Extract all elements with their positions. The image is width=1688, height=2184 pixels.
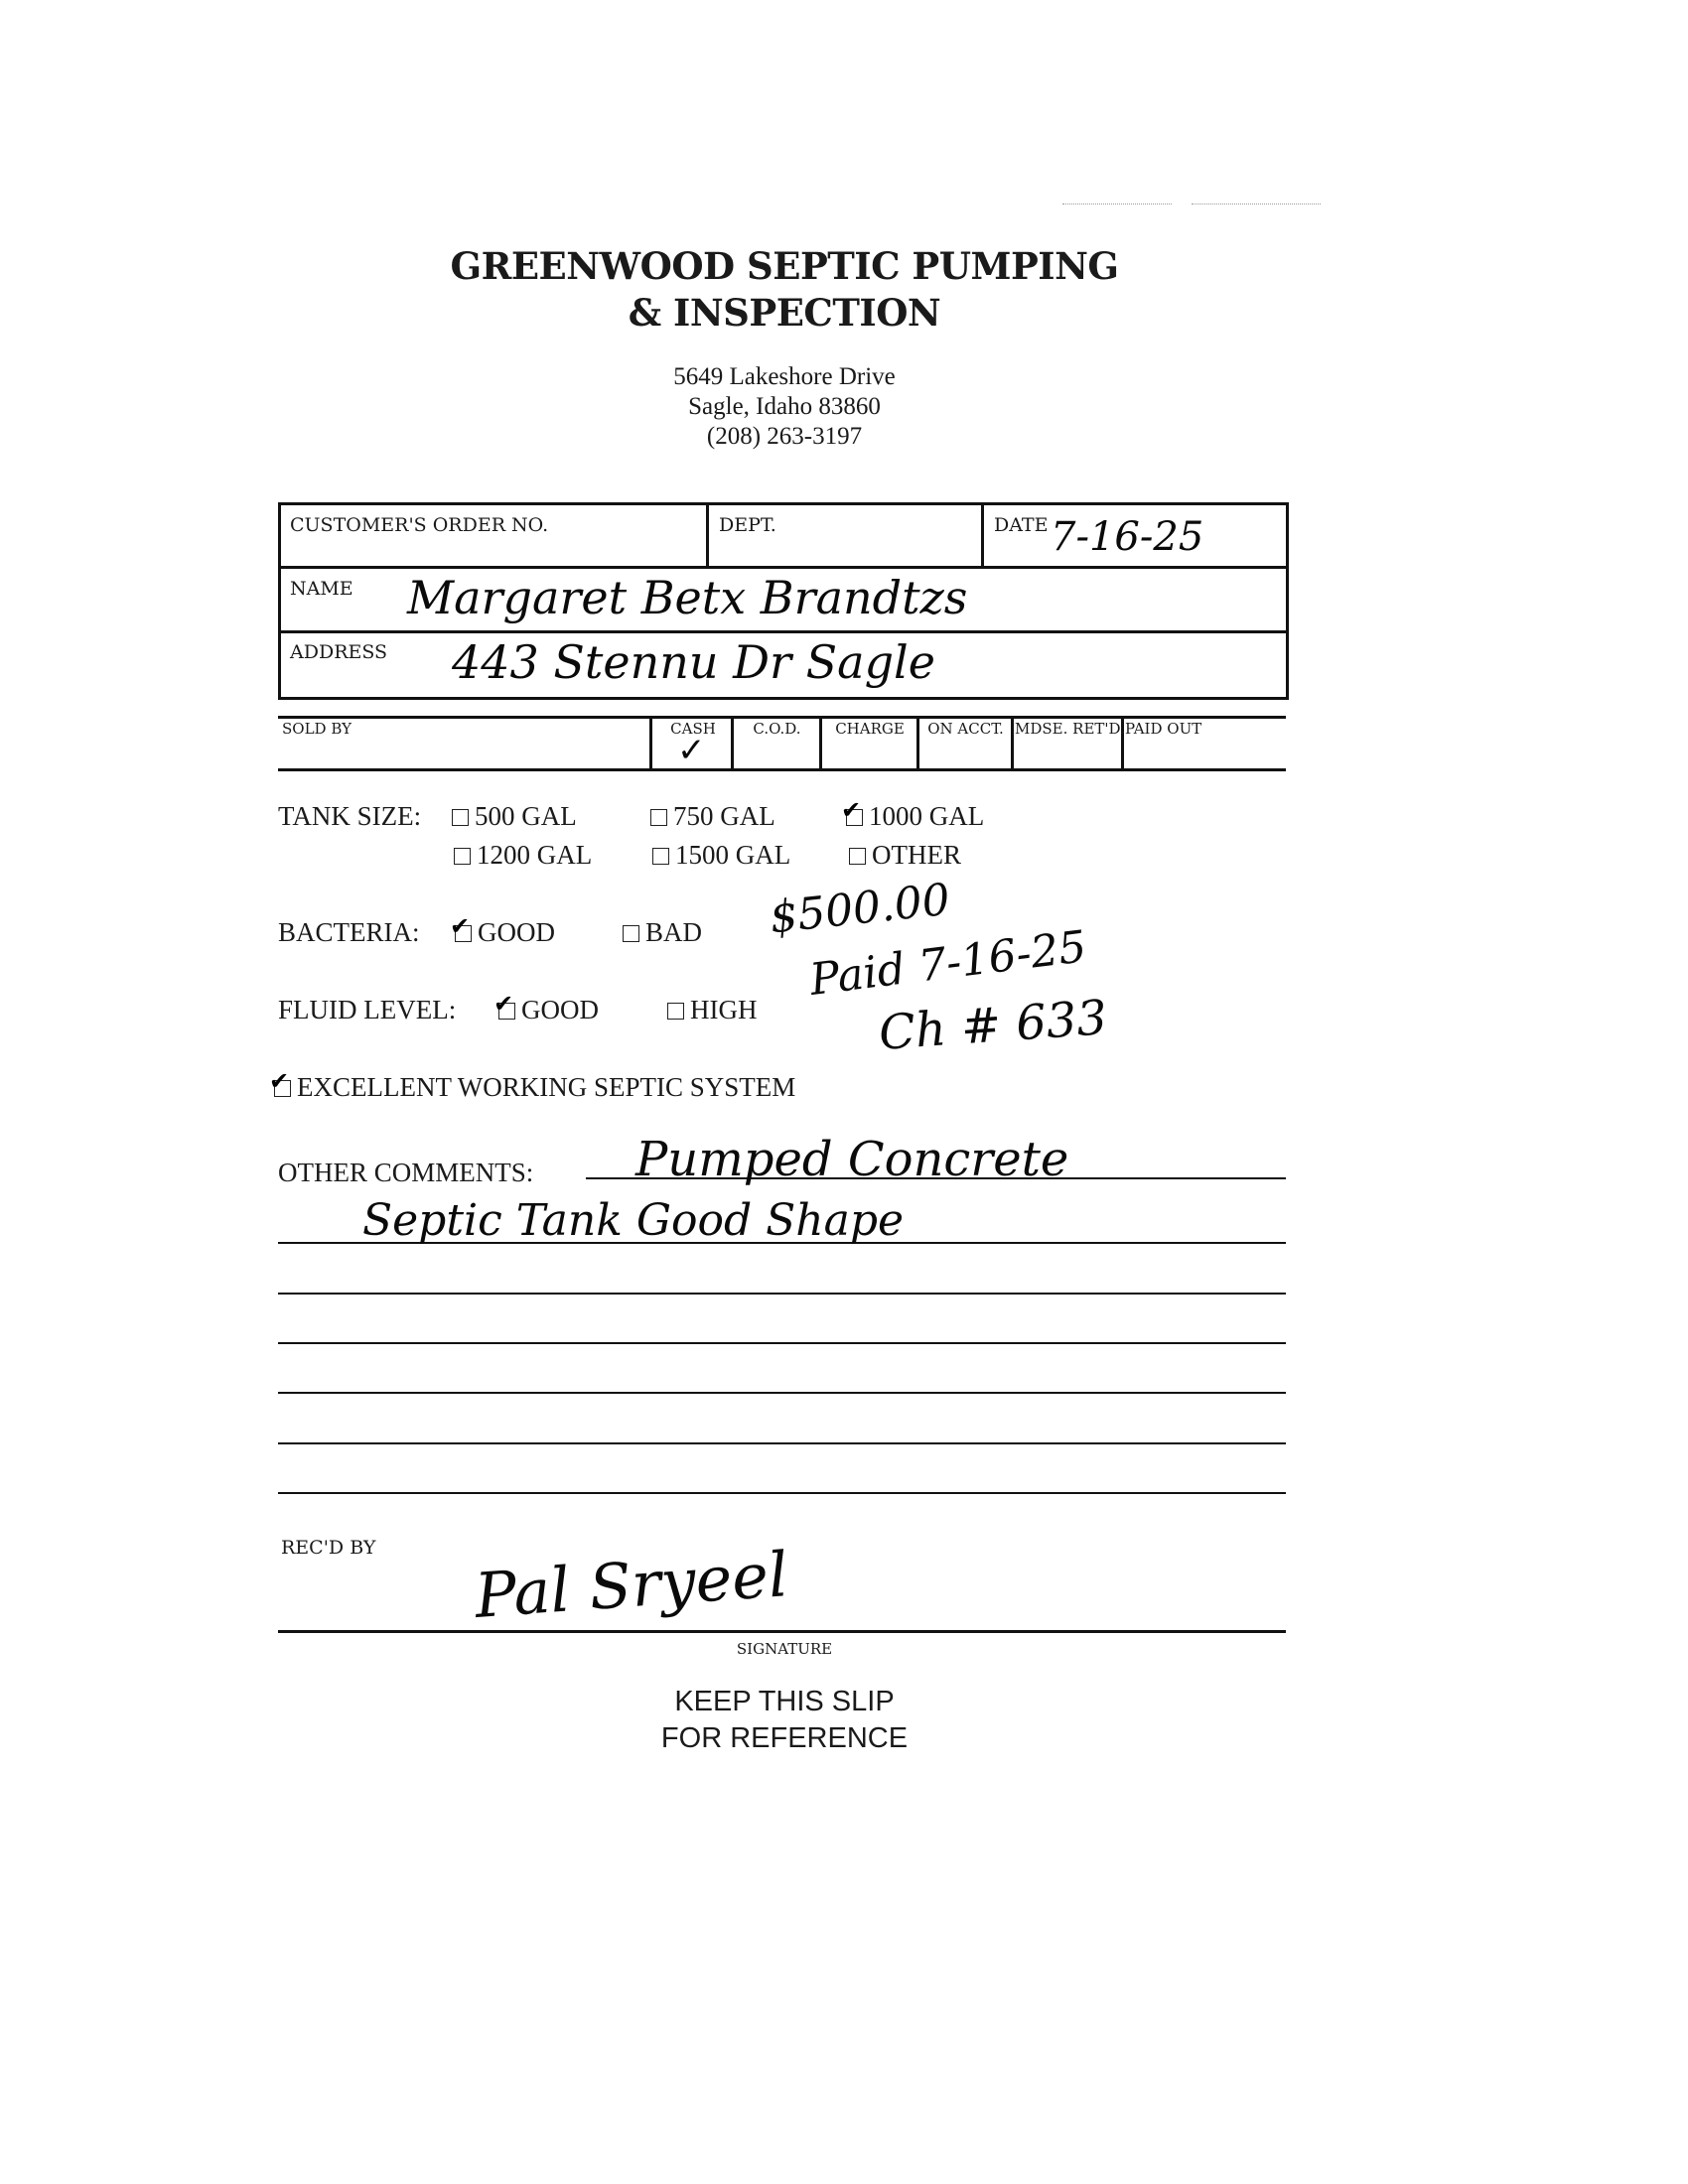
divider — [649, 716, 652, 770]
received-by-label: REC'D BY — [281, 1537, 375, 1559]
divider — [1011, 716, 1014, 770]
checkbox-icon[interactable] — [667, 1003, 684, 1020]
company-street: 5649 Lakeshore Drive — [0, 362, 1569, 392]
signature-caption: SIGNATURE — [0, 1640, 1569, 1658]
tank-1000-option[interactable]: 1000 GAL — [846, 801, 984, 832]
divider — [981, 502, 984, 568]
footer-line1: KEEP THIS SLIP — [0, 1684, 1569, 1720]
company-city: Sagle, Idaho 83860 — [0, 392, 1569, 422]
payment-cod[interactable]: C.O.D. — [735, 720, 819, 738]
divider — [278, 566, 1286, 569]
scan-artifact — [1062, 204, 1172, 205]
date-field[interactable]: 7-16-25 — [1051, 514, 1203, 560]
sold-by-label: SOLD BY — [282, 720, 352, 738]
divider — [278, 630, 1286, 633]
checkbox-checked-icon[interactable] — [274, 1080, 291, 1097]
comment-line2-field[interactable]: Septic Tank Good Shape — [362, 1195, 904, 1246]
divider — [706, 502, 709, 568]
tank-500-option[interactable]: 500 GAL — [452, 801, 577, 832]
dept-label: DEPT. — [719, 514, 776, 536]
address-label: ADDRESS — [290, 641, 387, 663]
payment-paid-out[interactable]: PAID OUT — [1125, 720, 1284, 738]
bacteria-bad-option[interactable]: BAD — [623, 917, 702, 948]
tank-750-option[interactable]: 750 GAL — [650, 801, 775, 832]
comment-line — [278, 1392, 1286, 1394]
payment-on-account[interactable]: ON ACCT. — [920, 720, 1011, 738]
tank-1500-option[interactable]: 1500 GAL — [652, 840, 790, 871]
excellent-system-option[interactable]: EXCELLENT WORKING SEPTIC SYSTEM — [274, 1072, 795, 1103]
signature-line — [278, 1630, 1286, 1633]
payment-charge[interactable]: CHARGE — [823, 720, 916, 738]
footer-line2: FOR REFERENCE — [0, 1720, 1569, 1757]
comments-label: OTHER COMMENTS: — [278, 1158, 533, 1188]
signature-field[interactable]: Pal Sryeel — [473, 1538, 790, 1632]
fluid-good-option[interactable]: GOOD — [498, 995, 599, 1025]
divider — [278, 716, 1286, 719]
checkbox-checked-icon[interactable] — [846, 809, 863, 826]
checkbox-checked-icon[interactable] — [455, 925, 472, 942]
comment-line — [278, 1293, 1286, 1295]
handwritten-check-number: Ch # 633 — [877, 990, 1108, 1061]
name-label: NAME — [290, 578, 353, 600]
customer-order-label: CUSTOMER'S ORDER NO. — [290, 514, 548, 536]
dept-field[interactable] — [719, 541, 972, 563]
comment-line1-field[interactable]: Pumped Concrete — [635, 1132, 1068, 1187]
name-field[interactable]: Margaret Betx Brandtzs — [407, 571, 967, 624]
checkbox-icon[interactable] — [650, 809, 667, 826]
checkbox-icon[interactable] — [623, 925, 639, 942]
bacteria-label: BACTERIA: — [278, 917, 420, 948]
address-field[interactable]: 443 Stennu Dr Sagle — [452, 635, 935, 689]
checkbox-icon[interactable] — [454, 848, 471, 865]
checkbox-checked-icon[interactable] — [498, 1003, 515, 1020]
company-phone: (208) 263-3197 — [0, 422, 1569, 452]
company-name-line1: GREENWOOD SEPTIC PUMPING — [0, 243, 1569, 289]
company-name-line2: & INSPECTION — [0, 290, 1569, 336]
comment-line — [278, 1442, 1286, 1444]
customer-order-field[interactable] — [290, 541, 697, 563]
handwritten-amount: $500.00 — [768, 875, 952, 944]
date-label: DATE — [994, 514, 1048, 536]
divider — [731, 716, 734, 770]
fluid-level-label: FLUID LEVEL: — [278, 995, 456, 1025]
checkbox-icon[interactable] — [652, 848, 669, 865]
cash-check-icon: ✓ — [677, 731, 706, 770]
tank-other-option[interactable]: OTHER — [849, 840, 961, 871]
comment-line — [278, 1342, 1286, 1344]
checkbox-icon[interactable] — [452, 809, 469, 826]
tank-size-label: TANK SIZE: — [278, 801, 421, 832]
tank-1200-option[interactable]: 1200 GAL — [454, 840, 592, 871]
comment-line — [278, 1492, 1286, 1494]
divider — [819, 716, 822, 770]
divider — [278, 768, 1286, 771]
scan-artifact — [1192, 204, 1321, 205]
fluid-high-option[interactable]: HIGH — [667, 995, 758, 1025]
payment-merchandise-returned[interactable]: MDSE. RET'D. — [1015, 720, 1121, 738]
bacteria-good-option[interactable]: GOOD — [455, 917, 555, 948]
checkbox-icon[interactable] — [849, 848, 866, 865]
divider — [916, 716, 919, 770]
